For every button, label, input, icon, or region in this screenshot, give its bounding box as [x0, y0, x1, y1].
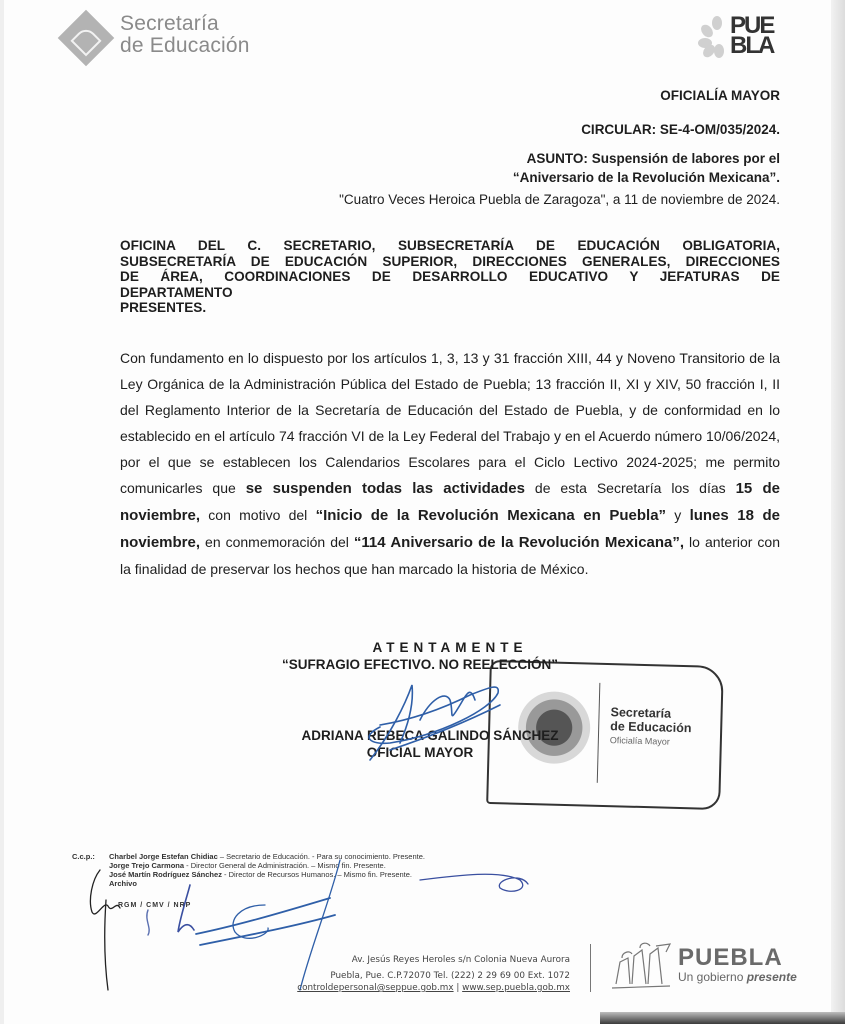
stamp-text: Secretaría de Educación Oficialía Mayor: [610, 705, 692, 749]
government-tagline: Un gobierno presente: [678, 970, 797, 984]
typist-initials: RGM / CMV / NRP: [118, 902, 191, 909]
office-name: OFICIALÍA MAYOR: [660, 88, 780, 103]
addressees: OFICINA DEL C. SECRETARIO, SUBSECRETARÍA…: [120, 238, 780, 316]
subject-label: ASUNTO:: [527, 151, 588, 166]
ccp-entry: Charbel Jorge Estefan Chidiac – Secretar…: [109, 852, 529, 861]
presentes: PRESENTES.: [120, 300, 780, 316]
puebla-petals-icon: [700, 14, 728, 58]
ccp-entry: Jorge Trejo Carmona - Director General d…: [109, 861, 529, 870]
emphasis-suspension: se suspenden todas las actividades: [246, 480, 525, 497]
ccp-label: C.c.p.:: [72, 852, 95, 861]
puebla-people-icon: [610, 940, 674, 990]
closing-atentamente: ATENTAMENTE: [300, 640, 600, 655]
place-and-date: "Cuatro Veces Heroica Puebla de Zaragoza…: [339, 192, 780, 207]
email-link[interactable]: controldepersonal@seppue.gob.mx: [297, 983, 453, 993]
page-bottom-shadow: [600, 1012, 845, 1024]
circular-number: CIRCULAR: SE-4-OM/035/2024.: [581, 122, 780, 137]
emphasis-aniversario: “114 Aniversario de la Revolución Mexica…: [354, 534, 684, 551]
footer-contact: controldepersonal@seppue.gob.mx | www.se…: [297, 983, 570, 993]
body-paragraph: Con fundamento en lo dispuesto por los a…: [120, 345, 780, 582]
subject: ASUNTO: Suspensión de labores por el “An…: [513, 149, 780, 187]
page-edge-shadow: [831, 0, 845, 1024]
puebla-wordmark-footer: PUEBLA: [678, 946, 797, 970]
puebla-logo: PUE BLA: [700, 14, 773, 58]
ccp-entry: Archivo: [109, 879, 529, 888]
ccp-entry: José Martín Rodríguez Sánchez - Director…: [109, 870, 529, 879]
secretaria-educacion-logo: Secretaría de Educación: [58, 12, 250, 58]
puebla-wordmark: PUE BLA: [730, 16, 773, 56]
institution-name: Secretaría de Educación: [120, 13, 250, 57]
website-link[interactable]: www.sep.puebla.gob.mx: [462, 983, 570, 993]
page-edge: [0, 0, 4, 1024]
footer-divider: [590, 944, 591, 992]
secretaria-educacion-diamond-icon: [58, 10, 115, 67]
handwritten-signature: [350, 665, 520, 775]
emphasis-inicio-revolucion: “Inicio de la Revolución Mexicana en Pue…: [316, 507, 666, 524]
footer-address: Av. Jesús Reyes Heroles s/n Colonia Nuev…: [330, 952, 570, 984]
puebla-government-logo: PUEBLA Un gobierno presente: [610, 940, 797, 990]
